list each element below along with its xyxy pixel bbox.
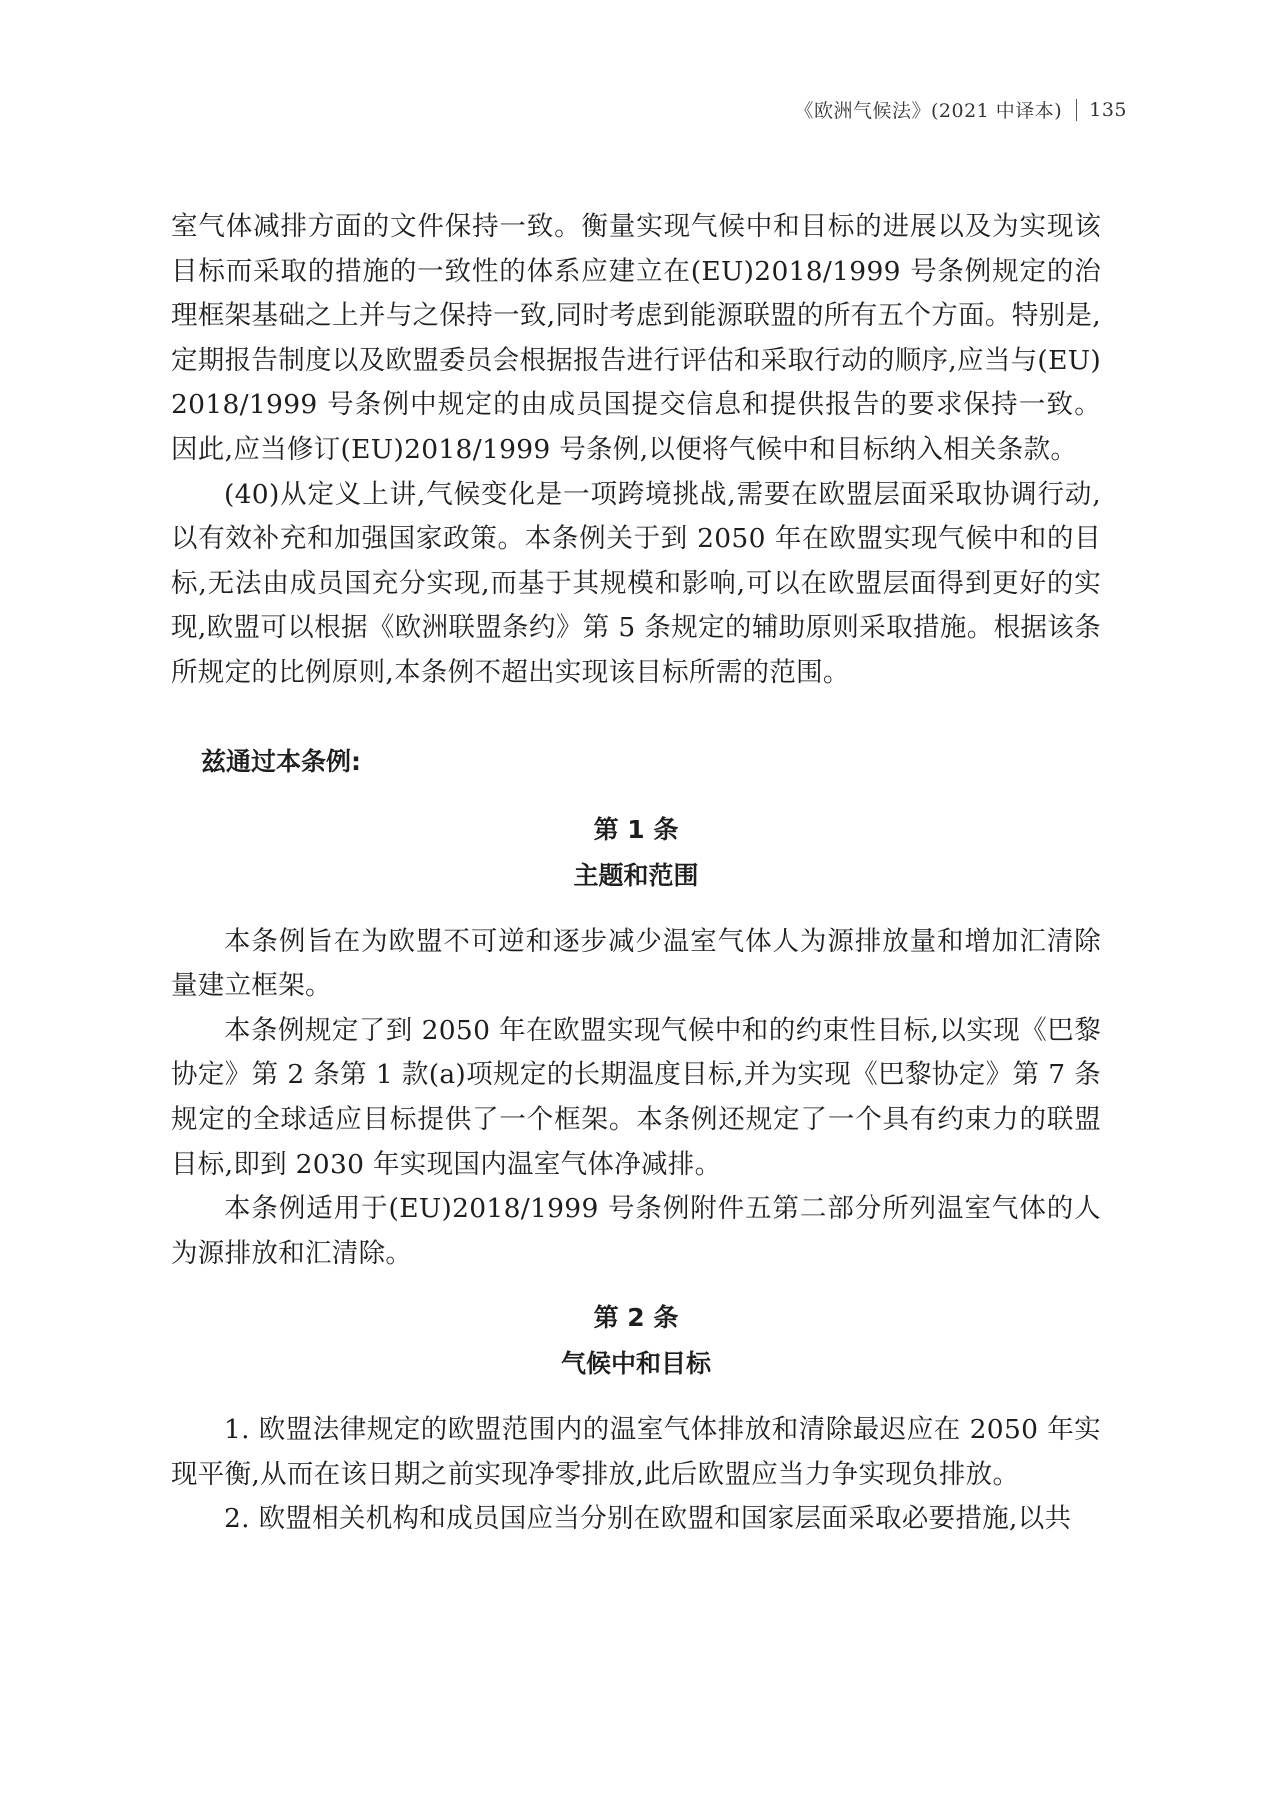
recital-39-continuation: 室气体减排方面的文件保持一致。衡量实现气候中和目标的进展以及为实现该目标而采取的…: [171, 205, 1101, 473]
adoption-clause: 兹通过本条例:: [201, 742, 1101, 782]
article-paragraph: 本条例适用于(EU)2018/1999 号条例附件五第二部分所列温室气体的人为源…: [171, 1187, 1101, 1276]
article-1: 第 1 条 主题和范围 本条例旨在为欧盟不可逆和逐步减少温室气体人为源排放量和增…: [171, 810, 1101, 1277]
article-paragraph: 2. 欧盟相关机构和成员国应当分别在欧盟和国家层面采取必要措施,以共: [171, 1497, 1101, 1542]
running-head-title: 《欧洲气候法》(2021 中译本): [795, 96, 1063, 123]
page-number: 135: [1089, 99, 1127, 121]
running-head: 《欧洲气候法》(2021 中译本) 135: [795, 96, 1128, 123]
article-title: 主题和范围: [171, 856, 1101, 896]
page-body: 室气体减排方面的文件保持一致。衡量实现气候中和目标的进展以及为实现该目标而采取的…: [171, 205, 1101, 1542]
article-title: 气候中和目标: [171, 1344, 1101, 1384]
running-head-divider: [1076, 99, 1077, 121]
article-number: 第 2 条: [171, 1298, 1101, 1338]
article-paragraph: 1. 欧盟法律规定的欧盟范围内的温室气体排放和清除最迟应在 2050 年实现平衡…: [171, 1408, 1101, 1497]
article-number: 第 1 条: [171, 810, 1101, 850]
recital-40: (40)从定义上讲,气候变化是一项跨境挑战,需要在欧盟层面采取协调行动,以有效补…: [171, 473, 1101, 696]
article-2: 第 2 条 气候中和目标 1. 欧盟法律规定的欧盟范围内的温室气体排放和清除最迟…: [171, 1298, 1101, 1542]
article-paragraph: 本条例规定了到 2050 年在欧盟实现气候中和的约束性目标,以实现《巴黎协定》第…: [171, 1009, 1101, 1187]
article-paragraph: 本条例旨在为欧盟不可逆和逐步减少温室气体人为源排放量和增加汇清除量建立框架。: [171, 920, 1101, 1009]
